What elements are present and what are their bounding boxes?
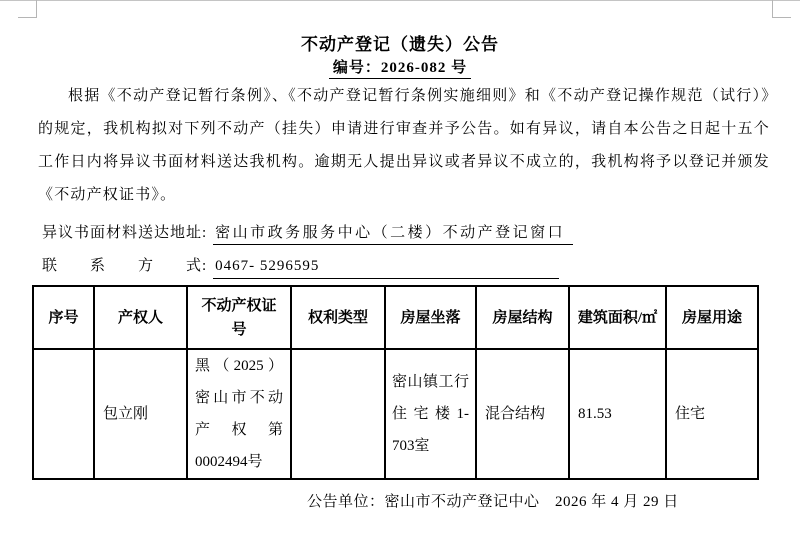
cell-location: 密山镇工行住宅楼1-703室: [385, 349, 476, 479]
address-label: 异议书面材料送达地址:: [42, 225, 207, 241]
address-line: 异议书面材料送达地址:密山市政务服务中心（二楼）不动产登记窗口: [42, 221, 573, 242]
contact-label: 联 系 方 式:: [42, 258, 207, 274]
property-table: 序号 产权人 不动产权证号 权利类型 房屋坐落 房屋结构 建筑面积/㎡ 房屋用途…: [32, 285, 759, 480]
margin-crop-mark-left-horizontal: [18, 17, 37, 18]
cell-area: 81.53: [569, 349, 666, 479]
table-header-row: 序号 产权人 不动产权证号 权利类型 房屋坐落 房屋结构 建筑面积/㎡ 房屋用途: [33, 286, 758, 349]
col-header-usage: 房屋用途: [666, 286, 758, 349]
table-row: 包立刚 黑（2025）密山市不动产权第0002494号 密山镇工行住宅楼1-70…: [33, 349, 758, 479]
doc-number: 编号：2026-082 号: [329, 60, 471, 79]
footer-issuer-date: 公告单位：密山市不动产登记中心 2026 年 4 月 29 日: [307, 490, 679, 511]
doc-number-line: 编号：2026-082 号: [0, 56, 800, 77]
page-title: 不动产登记（遗失）公告: [0, 30, 800, 55]
cell-cert-no: 黑（2025）密山市不动产权第0002494号: [187, 349, 291, 479]
cell-right-type: [291, 349, 385, 479]
body-paragraph: 根据《不动产登记暂行条例》、《不动产登记暂行条例实施细则》和《不动产登记操作规范…: [38, 80, 770, 212]
address-value: 密山市政务服务中心（二楼）不动产登记窗口: [213, 225, 573, 245]
contact-line: 联 系 方 式:0467- 5296595: [42, 254, 559, 279]
col-header-right-type: 权利类型: [291, 286, 385, 349]
col-header-seq: 序号: [33, 286, 94, 349]
col-header-location: 房屋坐落: [385, 286, 476, 349]
margin-crop-mark-left-vertical: [36, 0, 37, 17]
margin-crop-mark-right-vertical: [772, 0, 773, 17]
col-header-structure: 房屋结构: [476, 286, 569, 349]
cell-seq: [33, 349, 94, 479]
page-top-edge: [0, 0, 800, 1]
col-header-area: 建筑面积/㎡: [569, 286, 666, 349]
contact-value: 0467- 5296595: [213, 258, 559, 279]
cell-structure: 混合结构: [476, 349, 569, 479]
cell-owner: 包立刚: [94, 349, 187, 479]
cell-usage: 住宅: [666, 349, 758, 479]
margin-crop-mark-right-horizontal: [772, 17, 791, 18]
document-page: 不动产登记（遗失）公告 编号：2026-082 号 根据《不动产登记暂行条例》、…: [0, 0, 800, 550]
col-header-owner: 产权人: [94, 286, 187, 349]
col-header-cert-no: 不动产权证号: [187, 286, 291, 349]
